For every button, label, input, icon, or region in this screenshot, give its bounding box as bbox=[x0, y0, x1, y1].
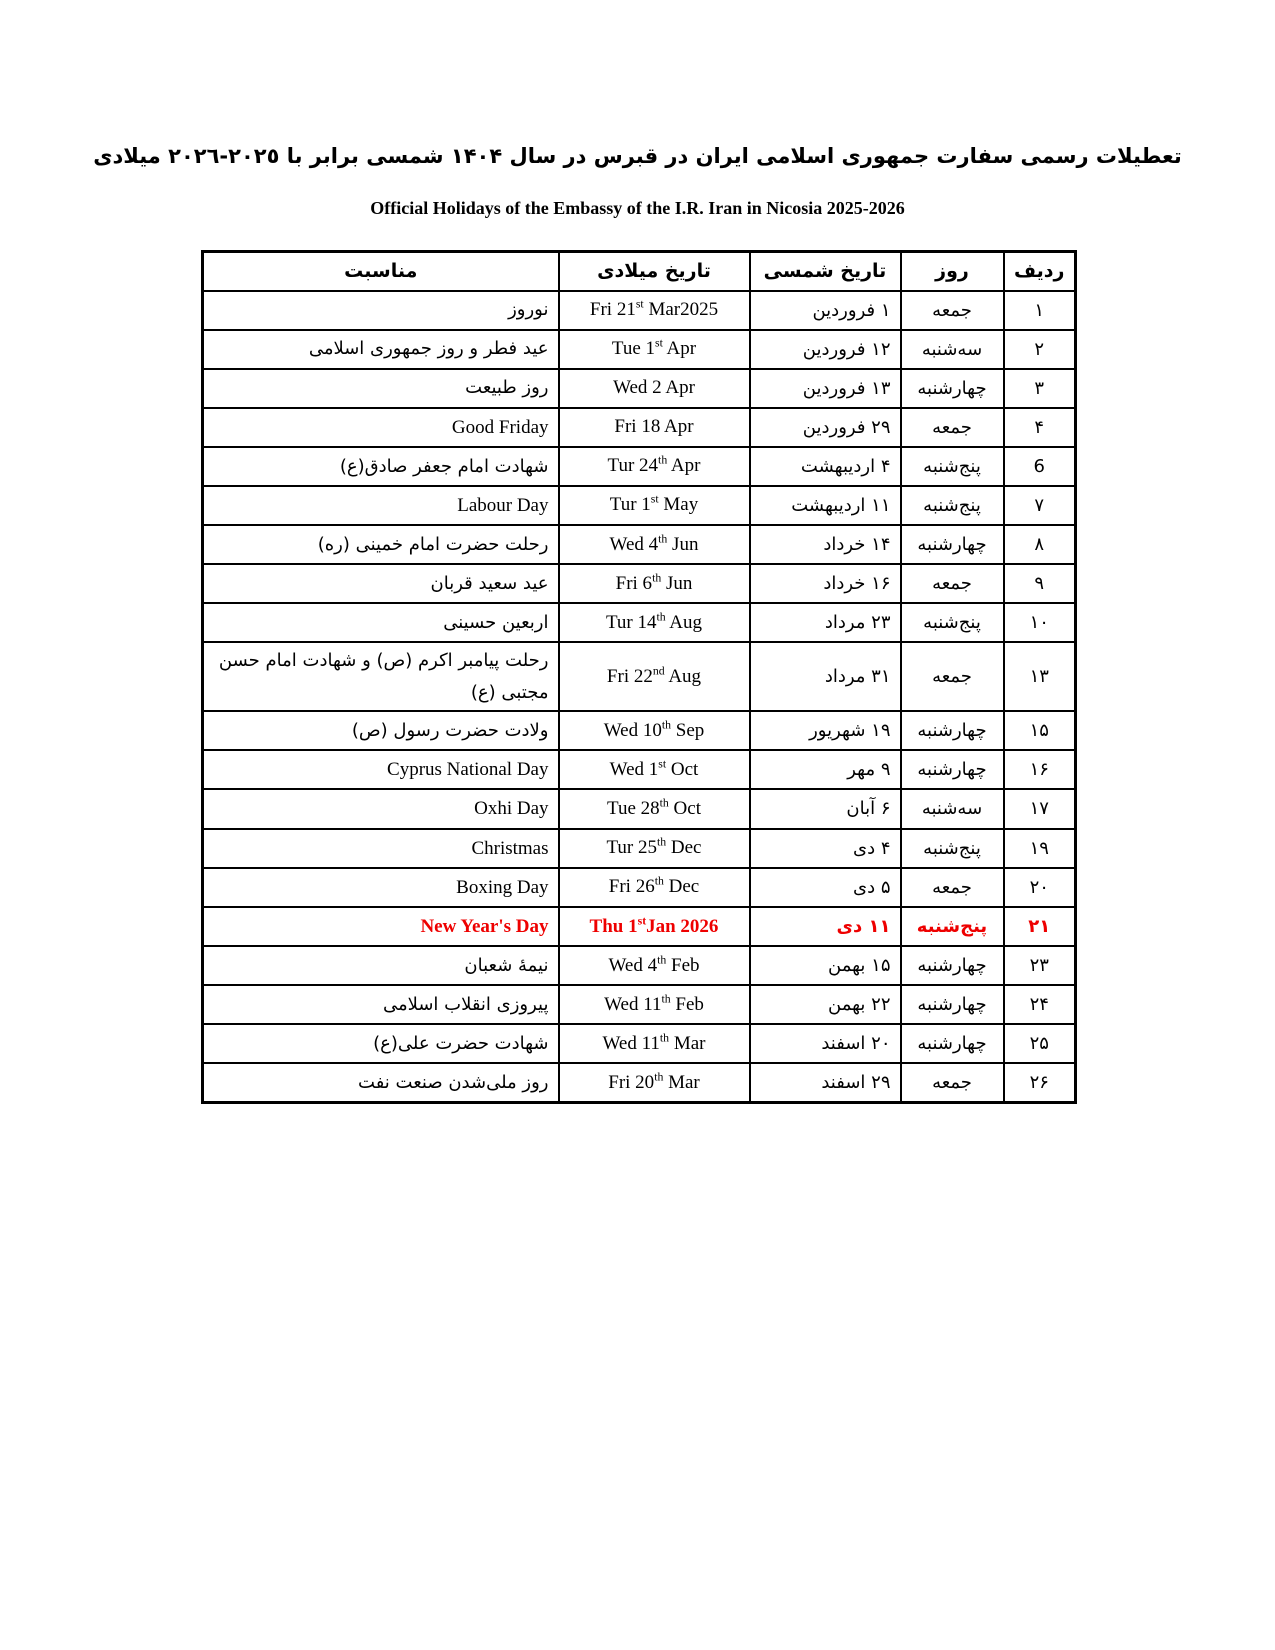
gregorian-date-cell: Tur 14th Aug bbox=[559, 603, 750, 642]
solar-date-cell: ۱۹ شهریور bbox=[750, 711, 901, 750]
header-row: ردیف روز تاریخ شمسی تاریخ میلادی مناسبت bbox=[203, 252, 1076, 291]
holidays-table-body: ۱جمعه۱ فروردینFri 21st Mar2025نوروز۲سه‌ش… bbox=[203, 291, 1076, 1103]
gregorian-date-cell: Tur 24th Apr bbox=[559, 447, 750, 486]
occasion-cell: پیروزی انقلاب اسلامی bbox=[203, 985, 559, 1024]
solar-date-cell: ۱۵ بهمن bbox=[750, 946, 901, 985]
row-number-cell: ۳ bbox=[1004, 369, 1076, 408]
gregorian-date-cell: Wed 11th Feb bbox=[559, 985, 750, 1024]
table-row: ۴جمعه۲۹ فروردینFri 18 AprGood Friday bbox=[203, 408, 1076, 447]
ordinal-superscript: st bbox=[658, 757, 666, 770]
occasion-cell: Cyprus National Day bbox=[203, 750, 559, 789]
table-row: ۲۱پنج‌شنبه۱۱ دیThu 1stJan 2026New Year's… bbox=[203, 907, 1076, 946]
table-row: 6پنج‌شنبه۴ اردیبهشتTur 24th Aprشهادت اما… bbox=[203, 447, 1076, 486]
table-row: ۳چهارشنبه۱۳ فروردینWed 2 Aprروز طبیعت bbox=[203, 369, 1076, 408]
gregorian-date-cell: Wed 10th Sep bbox=[559, 711, 750, 750]
solar-date-cell: ۱۶ خرداد bbox=[750, 564, 901, 603]
day-cell: چهارشنبه bbox=[901, 711, 1004, 750]
day-cell: جمعه bbox=[901, 868, 1004, 907]
row-number-cell: ۷ bbox=[1004, 486, 1076, 525]
col-header-row-no: ردیف bbox=[1004, 252, 1076, 291]
col-header-occasion: مناسبت bbox=[203, 252, 559, 291]
table-row: ۲۶جمعه۲۹ اسفندFri 20th Marروز ملی‌شدن صن… bbox=[203, 1063, 1076, 1102]
occasion-cell: رحلت پیامبر اکرم (ص) و شهادت امام حسن مج… bbox=[203, 642, 559, 711]
row-number-cell: ۲۵ bbox=[1004, 1024, 1076, 1063]
ordinal-superscript: st bbox=[638, 914, 647, 927]
ordinal-superscript: st bbox=[655, 337, 663, 350]
gregorian-date-cell: Wed 2 Apr bbox=[559, 369, 750, 408]
persian-title: تعطیلات رسمی سفارت جمهوری اسلامی ایران د… bbox=[90, 141, 1185, 173]
solar-date-cell: ۱۱ اردیبهشت bbox=[750, 486, 901, 525]
ordinal-superscript: th bbox=[658, 532, 667, 545]
gregorian-date-cell: Tue 28th Oct bbox=[559, 789, 750, 828]
row-number-cell: ۱۵ bbox=[1004, 711, 1076, 750]
occasion-cell: ولادت حضرت رسول (ص) bbox=[203, 711, 559, 750]
occasion-cell: شهادت امام جعفر صادق(ع) bbox=[203, 447, 559, 486]
table-row: ۱۹پنج‌شنبه۴ دیTur 25th DecChristmas bbox=[203, 829, 1076, 868]
day-cell: جمعه bbox=[901, 408, 1004, 447]
row-number-cell: ۱۷ bbox=[1004, 789, 1076, 828]
solar-date-cell: ۱۲ فروردین bbox=[750, 330, 901, 369]
day-cell: پنج‌شنبه bbox=[901, 603, 1004, 642]
row-number-cell: 6 bbox=[1004, 447, 1076, 486]
gregorian-date-cell: Fri 22nd Aug bbox=[559, 642, 750, 711]
gregorian-date-cell: Fri 26th Dec bbox=[559, 868, 750, 907]
solar-date-cell: ۴ دی bbox=[750, 829, 901, 868]
gregorian-date-cell: Wed 4th Feb bbox=[559, 946, 750, 985]
day-cell: چهارشنبه bbox=[901, 369, 1004, 408]
table-row: ۱۷سه‌شنبه۶ آبانTue 28th OctOxhi Day bbox=[203, 789, 1076, 828]
ordinal-superscript: th bbox=[655, 875, 664, 888]
gregorian-date-cell: Fri 18 Apr bbox=[559, 408, 750, 447]
occasion-cell: عید سعید قربان bbox=[203, 564, 559, 603]
occasion-cell: Christmas bbox=[203, 829, 559, 868]
gregorian-date-cell: Fri 6th Jun bbox=[559, 564, 750, 603]
gregorian-date-cell: Fri 20th Mar bbox=[559, 1063, 750, 1102]
document-page: تعطیلات رسمی سفارت جمهوری اسلامی ایران د… bbox=[0, 0, 1275, 1650]
ordinal-superscript: st bbox=[651, 493, 659, 506]
solar-date-cell: ۲۳ مرداد bbox=[750, 603, 901, 642]
occasion-cell: Boxing Day bbox=[203, 868, 559, 907]
row-number-cell: ۲۳ bbox=[1004, 946, 1076, 985]
day-cell: سه‌شنبه bbox=[901, 330, 1004, 369]
table-row: ۷پنج‌شنبه۱۱ اردیبهشتTur 1st MayLabour Da… bbox=[203, 486, 1076, 525]
occasion-cell: New Year's Day bbox=[203, 907, 559, 946]
day-cell: جمعه bbox=[901, 291, 1004, 330]
ordinal-superscript: th bbox=[656, 610, 665, 623]
col-header-solar-date: تاریخ شمسی bbox=[750, 252, 901, 291]
day-cell: جمعه bbox=[901, 1063, 1004, 1102]
ordinal-superscript: th bbox=[657, 953, 666, 966]
day-cell: چهارشنبه bbox=[901, 946, 1004, 985]
solar-date-cell: ۲۲ بهمن bbox=[750, 985, 901, 1024]
solar-date-cell: ۱۱ دی bbox=[750, 907, 901, 946]
table-row: ۱۶چهارشنبه۹ مهرWed 1st OctCyprus Nationa… bbox=[203, 750, 1076, 789]
occasion-cell: Labour Day bbox=[203, 486, 559, 525]
ordinal-superscript: st bbox=[636, 298, 644, 311]
col-header-gregorian-date: تاریخ میلادی bbox=[559, 252, 750, 291]
occasion-cell: اربعین حسینی bbox=[203, 603, 559, 642]
solar-date-cell: ۱۳ فروردین bbox=[750, 369, 901, 408]
row-number-cell: ۱۶ bbox=[1004, 750, 1076, 789]
table-row: ۲۳چهارشنبه۱۵ بهمنWed 4th Febنیمۀ شعبان bbox=[203, 946, 1076, 985]
table-row: ۲۴چهارشنبه۲۲ بهمنWed 11th Febپیروزی انقل… bbox=[203, 985, 1076, 1024]
day-cell: پنج‌شنبه bbox=[901, 447, 1004, 486]
occasion-cell: نیمۀ شعبان bbox=[203, 946, 559, 985]
solar-date-cell: ۱۴ خرداد bbox=[750, 525, 901, 564]
row-number-cell: ۲۶ bbox=[1004, 1063, 1076, 1102]
ordinal-superscript: th bbox=[661, 992, 670, 1005]
holidays-table: ردیف روز تاریخ شمسی تاریخ میلادی مناسبت … bbox=[201, 250, 1077, 1104]
row-number-cell: ۲ bbox=[1004, 330, 1076, 369]
row-number-cell: ۱۹ bbox=[1004, 829, 1076, 868]
occasion-cell: رحلت حضرت امام خمینی (ره) bbox=[203, 525, 559, 564]
day-cell: پنج‌شنبه bbox=[901, 829, 1004, 868]
solar-date-cell: ۲۰ اسفند bbox=[750, 1024, 901, 1063]
row-number-cell: ۱۰ bbox=[1004, 603, 1076, 642]
solar-date-cell: ۳۱ مرداد bbox=[750, 642, 901, 711]
solar-date-cell: ۲۹ اسفند bbox=[750, 1063, 901, 1102]
ordinal-superscript: th bbox=[662, 718, 671, 731]
day-cell: چهارشنبه bbox=[901, 1024, 1004, 1063]
row-number-cell: ۹ bbox=[1004, 564, 1076, 603]
day-cell: پنج‌شنبه bbox=[901, 907, 1004, 946]
row-number-cell: ۸ bbox=[1004, 525, 1076, 564]
day-cell: سه‌شنبه bbox=[901, 789, 1004, 828]
ordinal-superscript: nd bbox=[653, 664, 665, 677]
day-cell: پنج‌شنبه bbox=[901, 486, 1004, 525]
table-row: ۲سه‌شنبه۱۲ فروردینTue 1st Aprعید فطر و ر… bbox=[203, 330, 1076, 369]
occasion-cell: روز ملی‌شدن صنعت نفت bbox=[203, 1063, 559, 1102]
row-number-cell: ۲۴ bbox=[1004, 985, 1076, 1024]
table-row: ۹جمعه۱۶ خردادFri 6th Junعید سعید قربان bbox=[203, 564, 1076, 603]
table-row: ۱۵چهارشنبه۱۹ شهریورWed 10th Sepولادت حضر… bbox=[203, 711, 1076, 750]
solar-date-cell: ۴ اردیبهشت bbox=[750, 447, 901, 486]
solar-date-cell: ۲۹ فروردین bbox=[750, 408, 901, 447]
occasion-cell: روز طبیعت bbox=[203, 369, 559, 408]
ordinal-superscript: th bbox=[652, 571, 661, 584]
table-row: ۸چهارشنبه۱۴ خردادWed 4th Junرحلت حضرت ام… bbox=[203, 525, 1076, 564]
day-cell: جمعه bbox=[901, 564, 1004, 603]
day-cell: چهارشنبه bbox=[901, 985, 1004, 1024]
table-row: ۲۵چهارشنبه۲۰ اسفندWed 11th Marشهادت حضرت… bbox=[203, 1024, 1076, 1063]
solar-date-cell: ۶ آبان bbox=[750, 789, 901, 828]
row-number-cell: ۱ bbox=[1004, 291, 1076, 330]
gregorian-date-cell: Thu 1stJan 2026 bbox=[559, 907, 750, 946]
row-number-cell: ۴ bbox=[1004, 408, 1076, 447]
solar-date-cell: ۹ مهر bbox=[750, 750, 901, 789]
gregorian-date-cell: Wed 1st Oct bbox=[559, 750, 750, 789]
occasion-cell: Good Friday bbox=[203, 408, 559, 447]
row-number-cell: ۲۰ bbox=[1004, 868, 1076, 907]
occasion-cell: عید فطر و روز جمهوری اسلامی bbox=[203, 330, 559, 369]
table-row: ۱۰پنج‌شنبه۲۳ مردادTur 14th Augاربعین حسی… bbox=[203, 603, 1076, 642]
ordinal-superscript: th bbox=[654, 1070, 663, 1083]
occasion-cell: نوروز bbox=[203, 291, 559, 330]
gregorian-date-cell: Tue 1st Apr bbox=[559, 330, 750, 369]
solar-date-cell: ۵ دی bbox=[750, 868, 901, 907]
gregorian-date-cell: Wed 11th Mar bbox=[559, 1024, 750, 1063]
day-cell: چهارشنبه bbox=[901, 525, 1004, 564]
day-cell: جمعه bbox=[901, 642, 1004, 711]
gregorian-date-cell: Wed 4th Jun bbox=[559, 525, 750, 564]
gregorian-date-cell: Fri 21st Mar2025 bbox=[559, 291, 750, 330]
gregorian-date-cell: Tur 25th Dec bbox=[559, 829, 750, 868]
occasion-cell: Oxhi Day bbox=[203, 789, 559, 828]
table-row: ۲۰جمعه۵ دیFri 26th DecBoxing Day bbox=[203, 868, 1076, 907]
ordinal-superscript: th bbox=[660, 797, 669, 810]
table-row: ۱جمعه۱ فروردینFri 21st Mar2025نوروز bbox=[203, 291, 1076, 330]
ordinal-superscript: th bbox=[660, 1031, 669, 1044]
gregorian-date-cell: Tur 1st May bbox=[559, 486, 750, 525]
ordinal-superscript: th bbox=[658, 454, 667, 467]
ordinal-superscript: th bbox=[657, 836, 666, 849]
table-row: ۱۳جمعه۳۱ مردادFri 22nd Augرحلت پیامبر اک… bbox=[203, 642, 1076, 711]
day-cell: چهارشنبه bbox=[901, 750, 1004, 789]
row-number-cell: ۲۱ bbox=[1004, 907, 1076, 946]
occasion-cell: شهادت حضرت علی(ع) bbox=[203, 1024, 559, 1063]
row-number-cell: ۱۳ bbox=[1004, 642, 1076, 711]
english-title: Official Holidays of the Embassy of the … bbox=[90, 198, 1185, 219]
solar-date-cell: ۱ فروردین bbox=[750, 291, 901, 330]
col-header-day: روز bbox=[901, 252, 1004, 291]
